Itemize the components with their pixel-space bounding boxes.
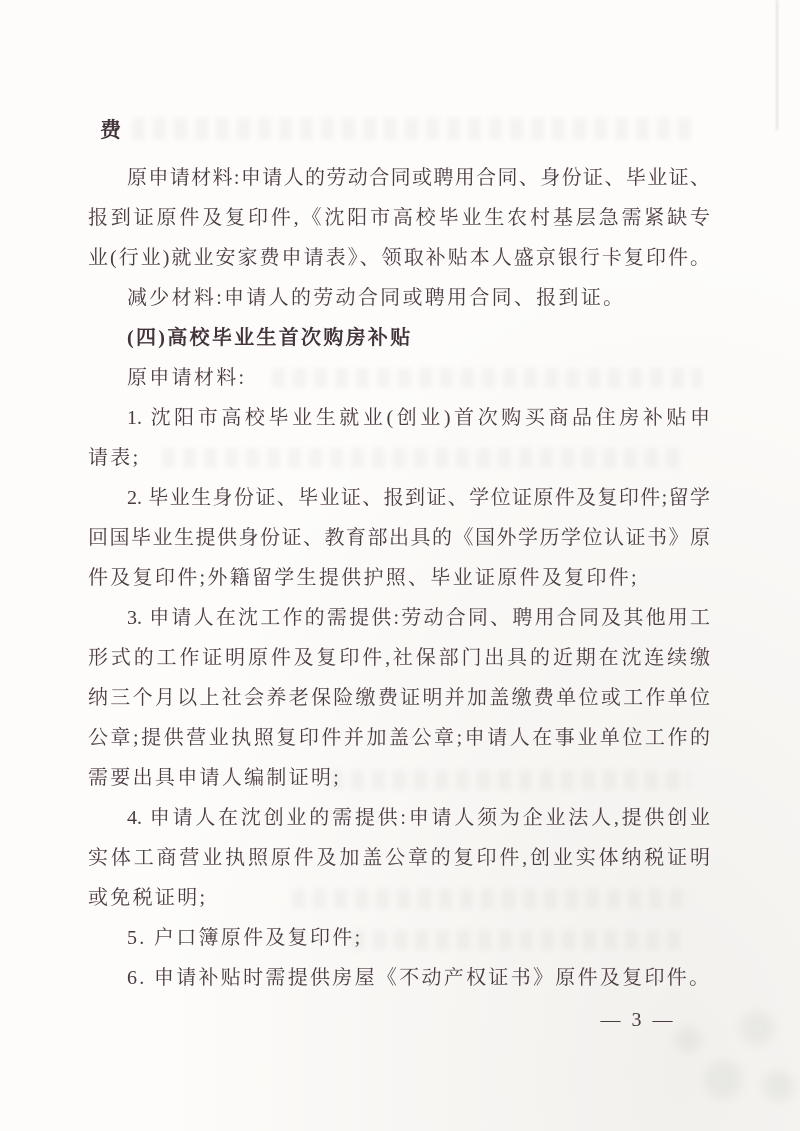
text-line: 形式的工作证明原件及复印件,社保部门出具的近期在沈连续缴 <box>88 638 710 678</box>
text-line: 原申请材料:申请人的劳动合同或聘用合同、身份证、毕业证、 <box>88 158 710 198</box>
text-line: 纳三个月以上社会养老保险缴费证明并加盖缴费单位或工作单位 <box>88 678 710 718</box>
text-line: 6. 申请补贴时需提供房屋《不动产权证书》原件及复印件。 <box>88 958 710 998</box>
text-line: 业(行业)就业安家费申请表》、领取补贴本人盛京银行卡复印件。 <box>88 238 710 278</box>
scanned-document-page: 费原申请材料:申请人的劳动合同或聘用合同、身份证、毕业证、报到证原件及复印件,《… <box>0 0 800 1131</box>
text-line: (四)高校毕业生首次购房补贴 <box>88 318 710 358</box>
text-line: 3. 申请人在沈工作的需提供:劳动合同、聘用合同及其他用工 <box>88 598 710 638</box>
text-line: 回国毕业生提供身份证、教育部出具的《国外学历学位认证书》原 <box>88 518 710 558</box>
text-line: 减少材料:申请人的劳动合同或聘用合同、报到证。 <box>88 278 710 318</box>
text-line: 需要出具申请人编制证明; <box>88 758 710 798</box>
text-line: 2. 毕业生身份证、毕业证、报到证、学位证原件及复印件;留学 <box>88 478 710 518</box>
text-line: 件及复印件;外籍留学生提供护照、毕业证原件及复印件; <box>88 558 710 598</box>
text-line: 实体工商营业执照原件及加盖公章的复印件,创业实体纳税证明 <box>88 838 710 878</box>
text-line: 费 <box>88 110 710 150</box>
page-number: — 3 — <box>592 1006 684 1034</box>
text-line: 1. 沈阳市高校毕业生就业(创业)首次购买商品住房补贴申 <box>88 398 710 438</box>
scan-edge-artifact <box>776 0 778 130</box>
text-line: 5. 户口簿原件及复印件; <box>88 918 710 958</box>
text-line: 原申请材料: <box>88 358 710 398</box>
text-line: 报到证原件及复印件,《沈阳市高校毕业生农村基层急需紧缺专 <box>88 198 710 238</box>
text-line: 请表; <box>88 438 710 478</box>
text-line: 4. 申请人在沈创业的需提供:申请人须为企业法人,提供创业 <box>88 798 710 838</box>
text-line: 公章;提供营业执照复印件并加盖公章;申请人在事业单位工作的 <box>88 718 710 758</box>
text-line: 或免税证明; <box>88 878 710 918</box>
document-body: 费原申请材料:申请人的劳动合同或聘用合同、身份证、毕业证、报到证原件及复印件,《… <box>88 110 710 998</box>
